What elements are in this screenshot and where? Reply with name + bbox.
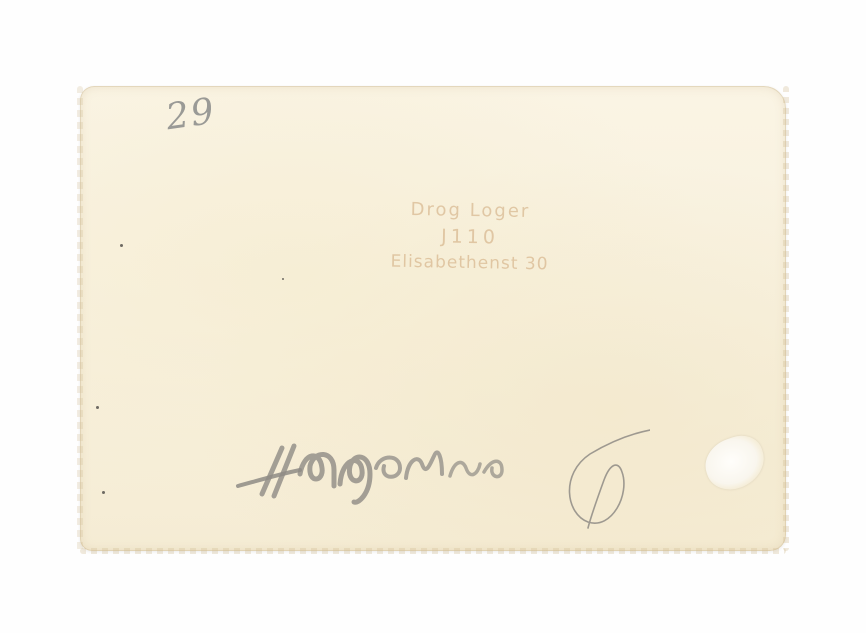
paper-tear [698,429,771,497]
speck [96,406,99,409]
handwritten-signature [230,424,650,534]
deckle-edge-bottom [80,548,786,554]
deckle-edge-right [783,86,789,551]
stamp-line-address: Elisabethenst 30 [359,248,579,278]
stamp-line-name: Drog Loger [360,196,580,226]
studio-stamp: Drog Loger J110 Elisabethenst 30 [359,196,580,278]
speck [282,278,284,280]
deckle-edge-left [77,86,83,551]
speck [120,244,123,247]
pencil-number: 29 [163,91,218,139]
speck [102,491,105,494]
photo-scene: 29 Drog Loger J110 Elisabethenst 30 [0,0,866,633]
stamp-line-code: J110 [360,222,580,252]
photo-card-back: 29 Drog Loger J110 Elisabethenst 30 [80,86,786,551]
